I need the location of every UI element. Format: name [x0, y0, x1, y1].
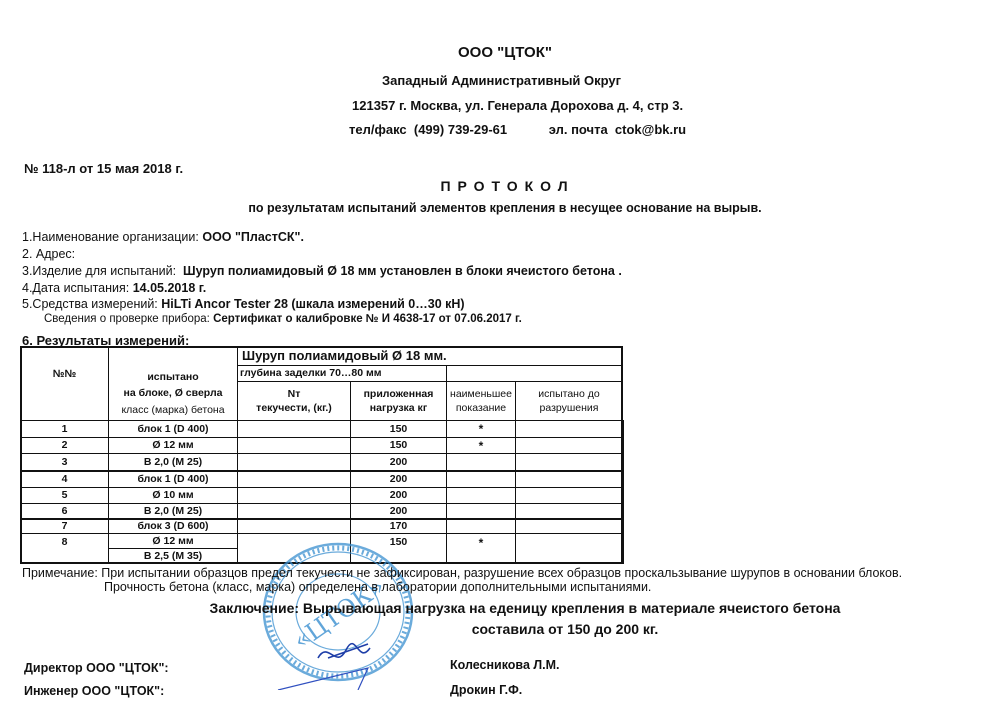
cell-load: 150 — [350, 533, 447, 564]
header-min: наименьшее показание — [446, 381, 516, 421]
cell-num: 2 — [20, 437, 109, 454]
cell-tested: блок 1 (D 400) — [108, 420, 238, 438]
test-date-value: 14.05.2018 г. — [133, 281, 206, 295]
engineer-name: Дрокин Г.Ф. — [450, 683, 522, 697]
cell-load: 150 — [350, 420, 447, 438]
cell-tested: блок 3 (D 600) — [108, 518, 238, 534]
cell-destruction — [515, 470, 624, 488]
conclusion-line-2: составила от 150 до 200 кг. — [0, 621, 1000, 637]
header-yield: Nт текучести, (кг.) — [237, 381, 351, 421]
instrument-label: 5.Средства измерений: — [22, 297, 158, 311]
cell-destruction — [515, 533, 624, 564]
cell-destruction — [515, 420, 624, 438]
company-contacts: тел/факс (499) 739-29-61 эл. почта ctok@… — [349, 122, 686, 137]
cell-tested: блок 1 (D 400) — [108, 470, 238, 488]
header-num: №№ — [20, 346, 109, 421]
email-label: эл. почта — [549, 122, 608, 137]
cell-tested: Ø 12 мм — [108, 533, 238, 549]
organization-label: 1.Наименование организации: — [22, 230, 199, 244]
cell-num: 8 — [20, 533, 109, 564]
test-date-label: 4.Дата испытания: — [22, 281, 129, 295]
cell-num: 4 — [20, 470, 109, 488]
cell-destruction — [515, 518, 624, 534]
cell-tested: В 2,0 (М 25) — [108, 503, 238, 519]
cell-destruction — [515, 503, 624, 519]
signature-scribble — [318, 644, 370, 658]
conclusion-line-1: Заключение: Вырывающая нагрузка на едени… — [0, 600, 1000, 616]
cell-load: 170 — [350, 518, 447, 534]
cell-yield — [237, 533, 351, 564]
header-min-line1: наименьшее — [450, 387, 512, 401]
header-load-line1: приложенная — [364, 387, 434, 401]
product-value: Шуруп полиамидовый Ø 18 мм установлен в … — [183, 264, 622, 278]
header-depth: глубина заделки 70…80 мм — [237, 365, 447, 382]
cell-load: 200 — [350, 503, 447, 519]
header-destruction-line2: разрушения — [540, 401, 599, 415]
cell-min — [446, 518, 516, 534]
cell-min: * — [446, 420, 516, 438]
cell-num: 1 — [20, 420, 109, 438]
phone-label: тел/факс — [349, 122, 407, 137]
cell-yield — [237, 487, 351, 504]
document-subtitle: по результатам испытаний элементов крепл… — [0, 201, 1000, 215]
cell-min — [446, 503, 516, 519]
header-tested-line1: испытано — [147, 369, 198, 385]
company-name: ООО "ЦТОК" — [0, 44, 1000, 61]
header-load-line2: нагрузка кг — [370, 401, 427, 415]
header-load: приложенная нагрузка кг — [350, 381, 447, 421]
calibration-label: Сведения о проверке прибора: — [44, 313, 210, 325]
item-instrument: 5.Средства измерений: HiLTi Ancor Tester… — [22, 297, 465, 311]
instrument-value: HiLTi Ancor Tester 28 (шкала измерений 0… — [161, 297, 464, 311]
cell-tested-extra: В 2,5 (М 35) — [108, 548, 238, 564]
item-address: 2. Адрес: — [22, 247, 75, 261]
cell-tested: Ø 10 мм — [108, 487, 238, 504]
cell-destruction — [515, 487, 624, 504]
calibration-value: Сертификат о калибровке № И 4638-17 от 0… — [213, 313, 522, 325]
cell-load: 200 — [350, 487, 447, 504]
header-tested-line3: класс (марка) бетона — [121, 402, 224, 418]
cell-num: 3 — [20, 453, 109, 471]
cell-yield — [237, 518, 351, 534]
director-label: Директор ООО "ЦТОК": — [24, 661, 169, 675]
cell-num: 5 — [20, 487, 109, 504]
header-tested: испытано на блоке, Ø сверла класс (марка… — [108, 346, 238, 421]
header-yield-line2: текучести, (кг.) — [256, 401, 332, 415]
cell-yield — [237, 453, 351, 471]
cell-yield — [237, 420, 351, 438]
company-district: Западный Административный Округ — [382, 73, 621, 88]
company-address: 121357 г. Москва, ул. Генерала Дорохова … — [352, 98, 683, 113]
cell-min: * — [446, 437, 516, 454]
item-organization: 1.Наименование организации: ООО "ПластСК… — [22, 230, 304, 244]
engineer-label: Инженер ООО "ЦТОК": — [24, 684, 164, 698]
header-tested-line2: на блоке, Ø сверла — [124, 385, 223, 401]
cell-num: 6 — [20, 503, 109, 519]
cell-tested: Ø 12 мм — [108, 437, 238, 454]
product-label: 3.Изделие для испытаний: — [22, 264, 176, 278]
cell-destruction — [515, 437, 624, 454]
cell-min — [446, 487, 516, 504]
document-number: № 118-л от 15 мая 2018 г. — [24, 161, 183, 176]
cell-load: 200 — [350, 470, 447, 488]
note-line-1: Примечание: При испытании образцов преде… — [22, 566, 902, 580]
address-label: 2. Адрес: — [22, 247, 75, 261]
cell-yield — [237, 503, 351, 519]
cell-min — [446, 470, 516, 488]
header-destruction-line1: испытано до — [538, 387, 599, 401]
document-title: ПРОТОКОЛ — [0, 178, 1000, 194]
phone-value: (499) 739-29-61 — [414, 122, 507, 137]
organization-value: ООО "ПластСК". — [202, 230, 304, 244]
item-test-date: 4.Дата испытания: 14.05.2018 г. — [22, 281, 206, 295]
header-product: Шуруп полиамидовый Ø 18 мм. — [237, 346, 623, 366]
header-depth-empty — [446, 365, 623, 382]
cell-destruction — [515, 453, 624, 471]
note-line-2: Прочность бетона (класс, марка) определе… — [104, 580, 651, 594]
email-link[interactable]: ctok@bk.ru — [615, 122, 686, 137]
cell-min: * — [446, 533, 516, 564]
cell-yield — [237, 470, 351, 488]
item-product: 3.Изделие для испытаний: Шуруп полиамидо… — [22, 264, 622, 278]
cell-load: 150 — [350, 437, 447, 454]
cell-yield — [237, 437, 351, 454]
cell-tested: В 2,0 (М 25) — [108, 453, 238, 471]
director-name: Колесникова Л.М. — [450, 658, 560, 672]
cell-min — [446, 453, 516, 471]
header-yield-line1: Nт — [288, 387, 301, 401]
header-min-line2: показание — [456, 401, 506, 415]
cell-load: 200 — [350, 453, 447, 471]
cell-num: 7 — [20, 518, 109, 534]
header-destruction: испытано до разрушения — [515, 381, 623, 421]
item-calibration: Сведения о проверке прибора: Сертификат … — [44, 313, 522, 325]
